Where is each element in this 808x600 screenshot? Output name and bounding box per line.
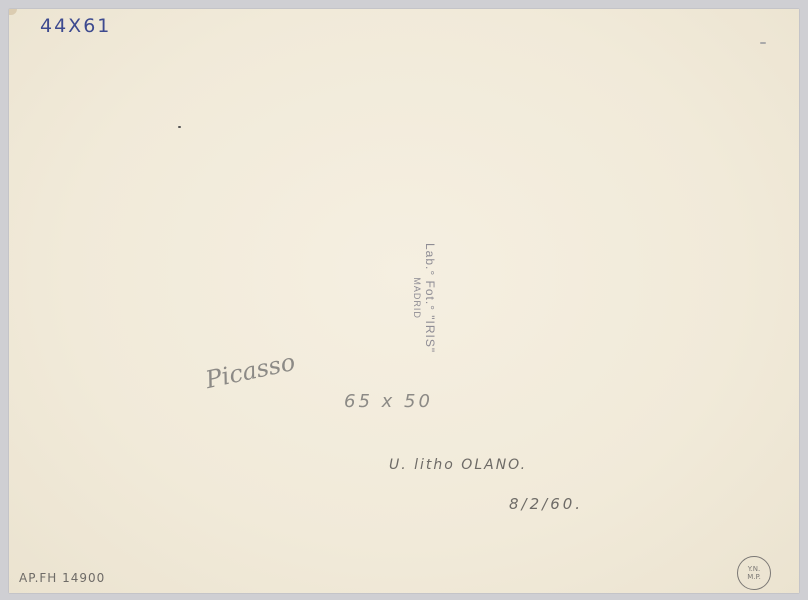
- photo-back: 44X61 Lab.° Fot.° "IRIS" MADRID Picasso …: [9, 9, 799, 593]
- stamp-line-studio: Lab.° Fot.° "IRIS": [423, 243, 437, 353]
- dimensions-pencil: 65 x 50: [344, 391, 433, 412]
- studio-stamp: Lab.° Fot.° "IRIS" MADRID: [412, 243, 437, 353]
- speck-mark: [760, 42, 766, 44]
- printer-note: U. litho OLANO.: [389, 457, 527, 473]
- stamp-line-city: MADRID: [412, 243, 422, 353]
- signature-pencil: Picasso: [203, 348, 297, 394]
- inventory-number: AP.FH 14900: [19, 571, 105, 585]
- seal-text: Y.N. M.P.: [747, 565, 761, 581]
- speck-mark: [178, 126, 181, 128]
- dimensions-blue-ink: 44X61: [40, 15, 111, 37]
- collection-seal-stamp: Y.N. M.P.: [737, 556, 771, 590]
- date-note: 8/2/60.: [509, 495, 583, 513]
